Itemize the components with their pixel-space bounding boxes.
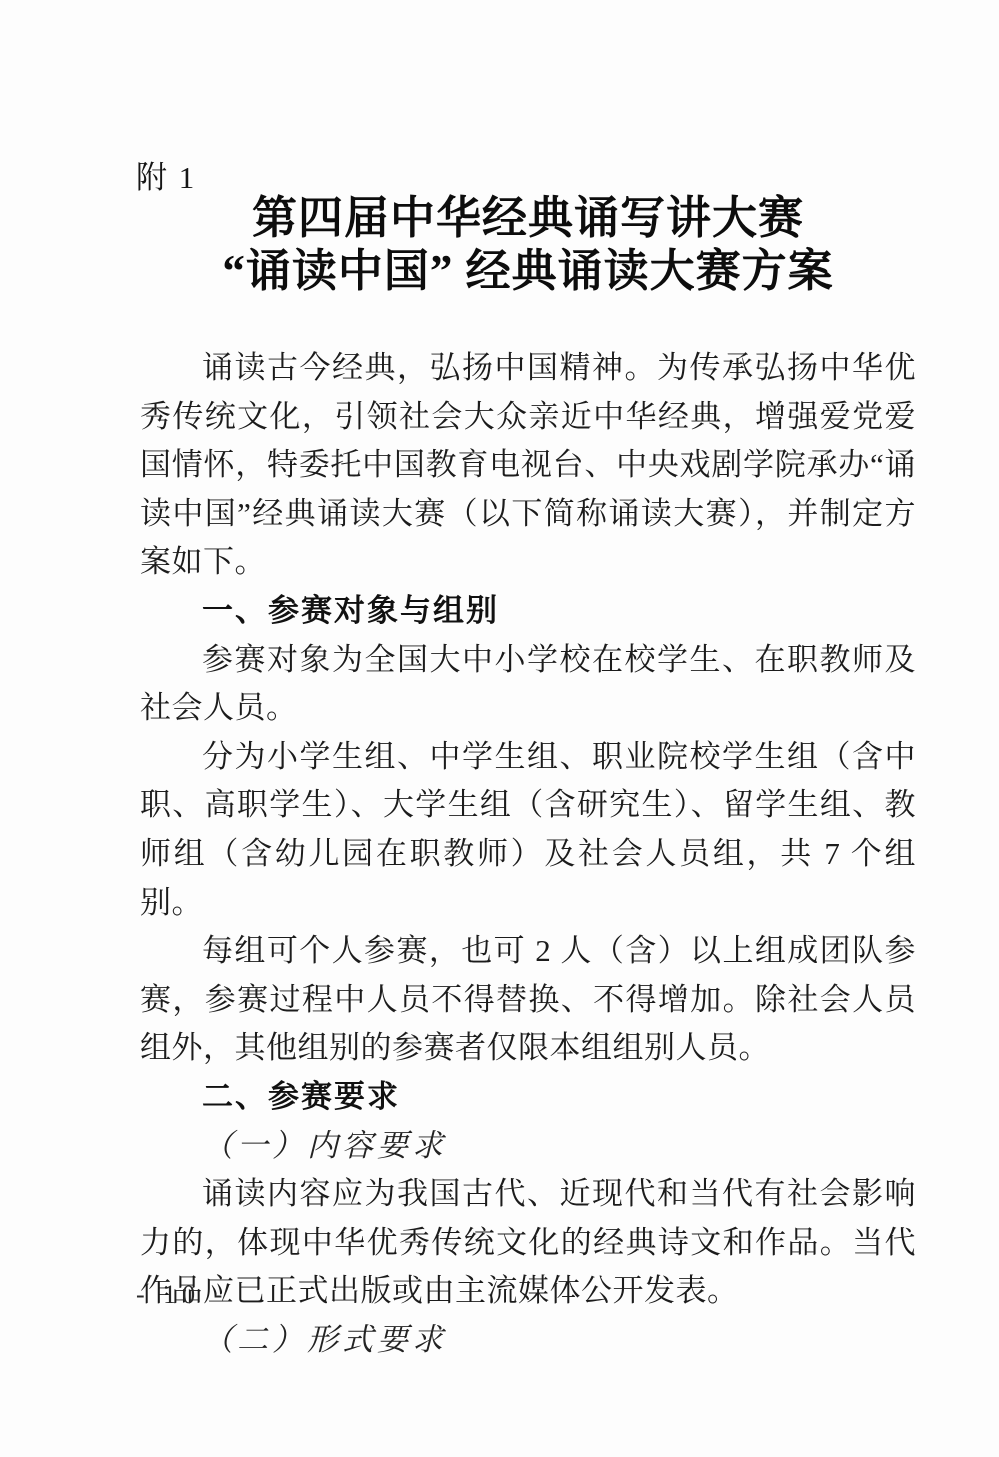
subheading-content-requirements: （一）内容要求 xyxy=(140,1122,916,1171)
document-title-line-2: “诵读中国” 经典诵读大赛方案 xyxy=(140,245,916,298)
paragraph-intro: 诵读古今经典，弘扬中国精神。为传承弘扬中华优秀传统文化，引领社会大众亲近中华经典… xyxy=(140,344,916,587)
paragraph-groups: 分为小学生组、中学生组、职业院校学生组（含中职、高职学生）、大学生组（含研究生）… xyxy=(140,733,916,927)
section-heading-requirements: 二、参赛要求 xyxy=(140,1073,916,1122)
paragraph-team-rules: 每组可个人参赛，也可 2 人（含）以上组成团队参赛，参赛过程中人员不得替换、不得… xyxy=(140,927,916,1073)
document-title-line-1: 第四届中华经典诵写讲大赛 xyxy=(140,192,916,245)
document-page: 附 1 第四届中华经典诵写讲大赛 “诵读中国” 经典诵读大赛方案 诵读古今经典，… xyxy=(0,0,999,1457)
page-number: - 10 - xyxy=(136,1280,228,1310)
document-title: 第四届中华经典诵写讲大赛 “诵读中国” 经典诵读大赛方案 xyxy=(140,192,916,298)
paragraph-participants: 参赛对象为全国大中小学校在校学生、在职教师及社会人员。 xyxy=(140,636,916,733)
section-heading-participants: 一、参赛对象与组别 xyxy=(140,587,916,636)
subheading-format-requirements: （二）形式要求 xyxy=(140,1316,916,1365)
paragraph-content-requirements: 诵读内容应为我国古代、近现代和当代有社会影响力的，体现中华优秀传统文化的经典诗文… xyxy=(140,1170,916,1316)
document-body: 诵读古今经典，弘扬中国精神。为传承弘扬中华优秀传统文化，引领社会大众亲近中华经典… xyxy=(140,344,916,1364)
